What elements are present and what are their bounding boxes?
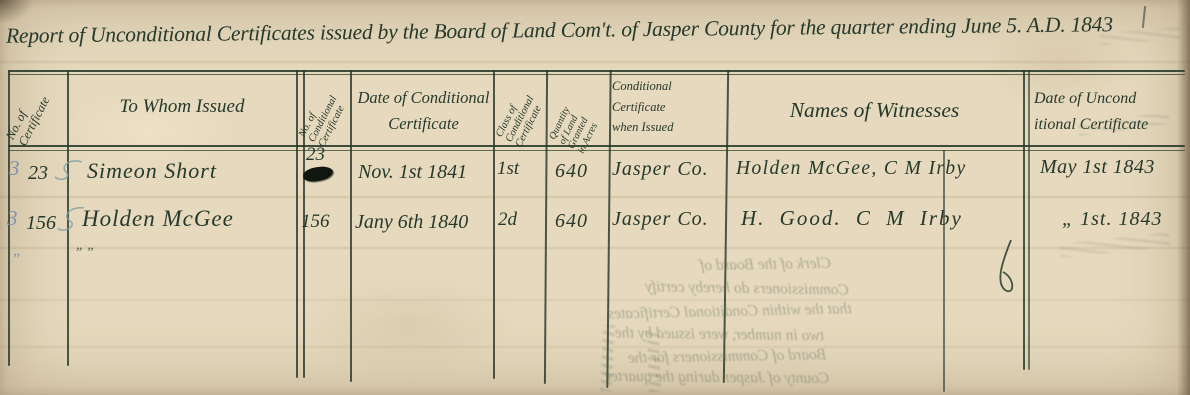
column-header-line: Conditional bbox=[612, 76, 673, 97]
column-header-acres: Quantity of Land Granted in Acres bbox=[548, 106, 601, 156]
cell-witnesses: Holden McGee, C M Irby bbox=[736, 158, 967, 180]
column-header-conditional-no: No. of Conditional Certificate bbox=[297, 89, 349, 149]
cell-witnesses: H. Good. C M Irby bbox=[741, 206, 963, 231]
cell-conditional-no: 156 bbox=[301, 211, 330, 233]
cell-acres: 640 bbox=[555, 210, 588, 233]
document-title: Report of Unconditional Certificates iss… bbox=[6, 12, 1113, 49]
ink-blot bbox=[302, 165, 333, 182]
cell-conditional-date: Jany 6th 1840 bbox=[355, 211, 468, 234]
cell-to-whom-issued: Simeon Short bbox=[87, 158, 217, 184]
table-rule-horizontal bbox=[8, 145, 1185, 147]
pen-tick-mark bbox=[1142, 6, 1146, 28]
column-header-conditional-date: Date of Conditional Certificate bbox=[357, 85, 490, 136]
cell-class: 2d bbox=[498, 209, 517, 231]
column-header-when-issued: Conditional Certificate when Issued bbox=[612, 76, 673, 138]
cell-conditional-no: 23 bbox=[306, 144, 325, 166]
column-header-line: To Whom Issued bbox=[72, 96, 292, 118]
cell-acres: 640 bbox=[555, 160, 588, 183]
table-rule-vertical bbox=[493, 70, 495, 379]
margin-ditto-mark: „ bbox=[13, 242, 22, 260]
margin-mark: 3 bbox=[7, 206, 18, 231]
document-paper: Report of Unconditional Certificates iss… bbox=[0, 0, 1190, 395]
bleed-through-line: Commissioners do hereby certify bbox=[645, 278, 849, 300]
column-header-line: Certificate bbox=[612, 97, 673, 118]
name-ditto-mark: „ „ bbox=[76, 238, 95, 254]
cell-class: 1st bbox=[497, 158, 519, 180]
column-header-to-whom-issued: To Whom Issued bbox=[72, 96, 292, 118]
paper-stain bbox=[300, 270, 520, 380]
column-header-line: Date of Conditional bbox=[357, 85, 490, 111]
table-rule-horizontal bbox=[8, 70, 1185, 72]
cell-conditional-date: Nov. 1st 1841 bbox=[358, 161, 467, 184]
table-rule-vertical bbox=[943, 150, 945, 392]
pen-flourish bbox=[985, 238, 1025, 296]
table-rule-vertical bbox=[544, 70, 548, 384]
crease-line bbox=[0, 299, 1190, 301]
cell-unconditional-date: „ 1st. 1843 bbox=[1062, 208, 1162, 231]
cell-certificate-no: 23 bbox=[28, 162, 48, 185]
crease-line bbox=[0, 61, 1190, 63]
column-header-certificate-no: No. of Certificate bbox=[4, 88, 52, 148]
blue-pencil-flourish bbox=[52, 156, 86, 184]
column-header-line: Date of Uncond bbox=[1034, 86, 1148, 112]
column-header-line: Certificate bbox=[357, 111, 490, 137]
table-rule-vertical bbox=[296, 70, 298, 378]
bleed-scrawl bbox=[1060, 232, 1171, 257]
crease-line bbox=[0, 346, 1190, 348]
column-header-witnesses: Names of Witnesses bbox=[728, 98, 1021, 123]
column-header-line: when Issued bbox=[612, 117, 673, 138]
bleed-through-line: Clerk of the Board of bbox=[700, 255, 831, 275]
table-rule-horizontal bbox=[8, 74, 1185, 75]
bleed-through-line: County of Jasper during the quarter bbox=[605, 368, 829, 388]
bleed-through-line: that the within Conditional Certificates bbox=[608, 300, 852, 323]
cell-when-issued: Jasper Co. bbox=[612, 208, 709, 231]
paper-edge-shadow bbox=[1177, 0, 1190, 395]
crease-line bbox=[0, 196, 1190, 198]
table-rule-horizontal bbox=[8, 150, 1185, 151]
cell-to-whom-issued: Holden McGee bbox=[82, 206, 234, 232]
column-header-line: Names of Witnesses bbox=[728, 98, 1021, 123]
cell-certificate-no: 156 bbox=[26, 212, 56, 235]
column-header-class: Class of Conditional Certificate bbox=[494, 89, 546, 149]
paper-corner-shadow bbox=[0, 0, 34, 24]
table-rule-vertical bbox=[350, 70, 352, 382]
cell-unconditional-date: May 1st 1843 bbox=[1040, 156, 1155, 179]
cell-when-issued: Jasper Co. bbox=[612, 158, 709, 181]
bleed-scrawl bbox=[647, 332, 661, 392]
margin-mark: 3 bbox=[9, 156, 20, 181]
table-rule-vertical bbox=[1028, 70, 1030, 370]
table-rule-vertical bbox=[1023, 70, 1025, 370]
